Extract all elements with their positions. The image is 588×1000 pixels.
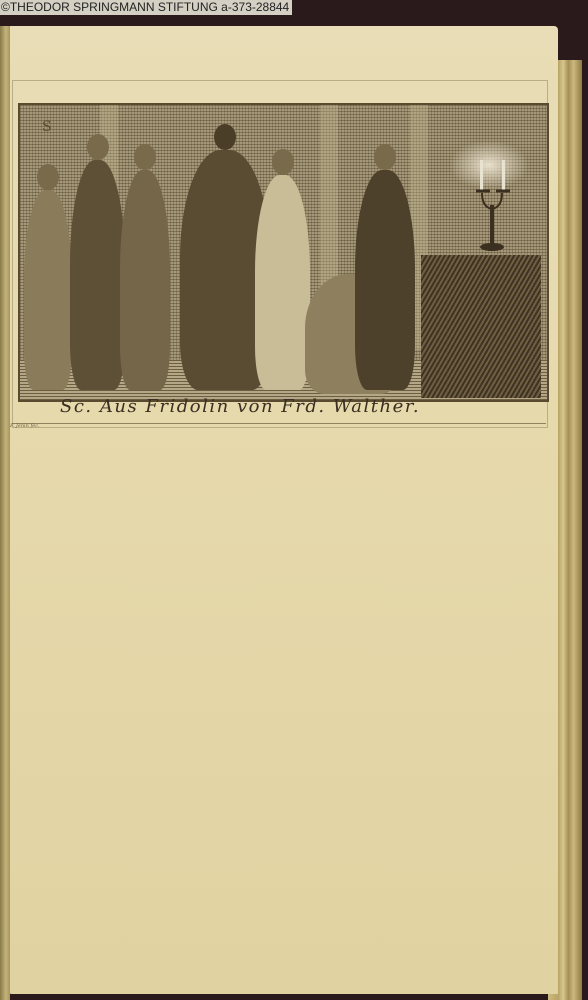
draped-table [421,255,541,398]
figure-lady-gown [255,175,310,390]
figure-woman [24,190,72,390]
engraver-credit: F. Jenin fec. [10,423,40,429]
engraving-illustration: S [18,103,549,402]
caption-rule [12,423,546,424]
candelabra-icon [472,155,512,265]
figure-man-smiling [120,170,170,390]
figure-bearded-man [355,170,415,390]
plate-letter: S [42,119,52,135]
watermark-label: ©THEODOR SPRINGMANN STIFTUNG a-373-28844 [0,0,292,15]
figure-man-back [70,160,125,390]
book-gutter [0,26,10,1000]
plate-caption: Sc. Aus Fridolin von Frd. Walther. [60,396,420,417]
